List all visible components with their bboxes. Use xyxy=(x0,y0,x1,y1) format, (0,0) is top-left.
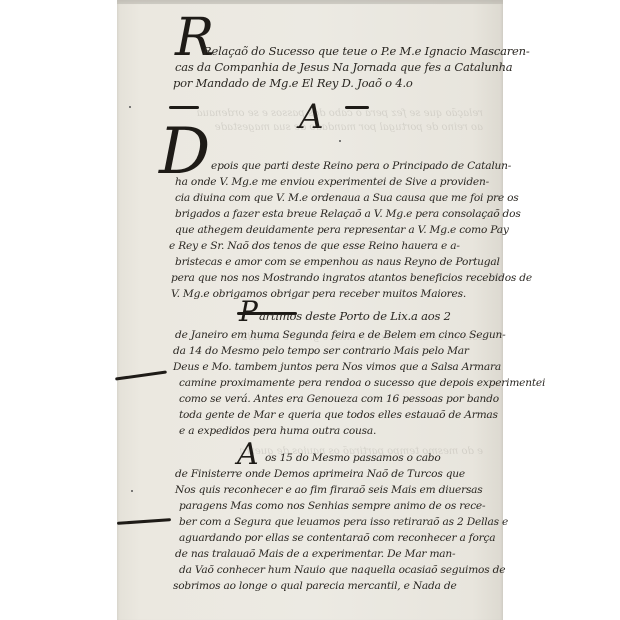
text-line: V. Mg.e obrigamos obrigar pera receber m… xyxy=(171,288,466,300)
text-line: paragens Mas como nos Senhias sempre ani… xyxy=(179,500,485,512)
text-line: pera que nos nos Mostrando ingratos atan… xyxy=(171,272,532,284)
ink-speck xyxy=(129,106,131,108)
ink-flourish xyxy=(117,518,171,525)
text-line: ha onde V. Mg.e me enviou experimentei d… xyxy=(175,176,489,188)
drop-cap: D xyxy=(159,120,210,184)
ink-flourish xyxy=(115,370,167,380)
ink-flourish xyxy=(169,106,199,109)
title-line: Relaçaõ do Sucesso que teue o P.e M.e Ig… xyxy=(203,44,530,58)
text-line: de nas tralauaõ Mais de a experimentar. … xyxy=(175,548,455,560)
text-line: epois que parti deste Reino pera o Princ… xyxy=(211,160,511,172)
text-line: que athegem deuidamente pera representar… xyxy=(175,224,509,236)
text-line: Nos quis reconhecer e ao fim firaraõ sei… xyxy=(175,484,483,496)
text-line: e a expedidos pera huma outra cousa. xyxy=(179,425,376,437)
section-mark: A xyxy=(299,100,324,134)
drop-cap: A xyxy=(237,440,259,470)
text-line: sobrimos ao longe o qual parecia mercant… xyxy=(173,580,457,592)
ink-speck xyxy=(131,490,133,492)
text-line: da 14 do Mesmo pelo tempo ser contrario … xyxy=(173,345,469,357)
text-line: artimos deste Porto de Lix.a aos 2 xyxy=(259,309,451,323)
ink-speck xyxy=(339,140,341,142)
text-line: cia diuina com que V. M.e ordenaua a Sua… xyxy=(175,192,519,204)
text-line: toda gente de Mar e queria que todos ell… xyxy=(179,409,498,421)
text-line: bristecas e amor com se empenhou as naus… xyxy=(175,256,500,268)
manuscript-page: relação que se fez pera o cabo dos passo… xyxy=(117,0,503,620)
text-line: e Rey e Sr. Naõ dos tenos de que esse Re… xyxy=(169,240,460,252)
title-line: por Mandado de Mg.e El Rey D. Joaõ o 4.o xyxy=(173,76,413,90)
text-line: aguardando por ellas se contentaraõ com … xyxy=(179,532,495,544)
text-line: de Finisterre onde Demos aprimeira Naõ d… xyxy=(175,468,465,480)
title-line: cas da Companhia de Jesus Na Jornada que… xyxy=(175,60,512,74)
text-line: da Vaõ conhecer hum Nauio que naquella o… xyxy=(179,564,505,576)
text-line: como se verá. Antes era Genoueza com 16 … xyxy=(179,393,499,405)
text-line: os 15 do Mesmo passamos o cabo xyxy=(265,452,441,464)
text-line: de Janeiro em huma Segunda feira e de Be… xyxy=(175,329,506,341)
drop-cap: P xyxy=(239,298,258,326)
ink-flourish xyxy=(345,106,369,109)
text-line: brigados a fazer esta breue Relaçaõ a V.… xyxy=(175,208,521,220)
text-line: Deus e Mo. tambem juntos pera Nos vimos … xyxy=(173,361,501,373)
text-line: camine proximamente pera rendoa o sucess… xyxy=(179,377,545,389)
text-line: ber com a Segura que leuamos pera isso r… xyxy=(179,516,508,528)
